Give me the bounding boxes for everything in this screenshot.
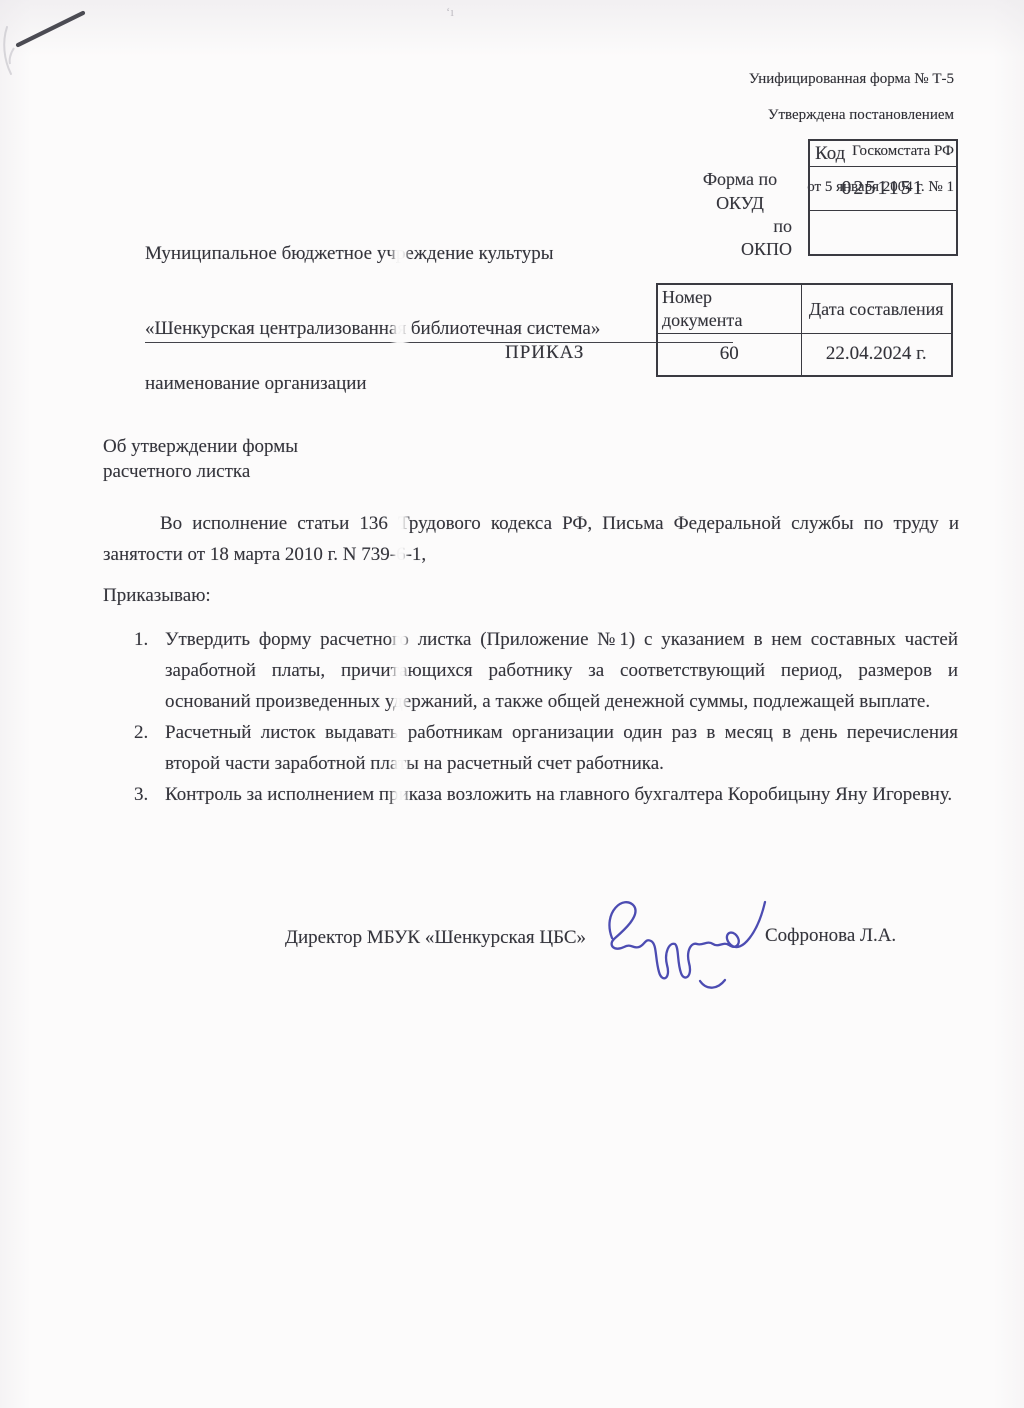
organization-name-line2: «Шенкурская централизованная библиотечна…: [145, 318, 600, 339]
pen-mark-artifact: [0, 0, 120, 90]
order-subject: Об утверждении формы расчетного листка: [103, 434, 298, 484]
item-text: Утвердить форму расчетного листка (Прило…: [165, 624, 958, 717]
organization-caption: наименование организации: [145, 371, 733, 396]
order-preamble: Во исполнение статьи 136 Трудового кодек…: [103, 508, 959, 570]
item-text: Расчетный листок выдавать работникам орг…: [165, 717, 958, 779]
order-item-2: 2. Расчетный листок выдавать работникам …: [134, 717, 958, 779]
order-item-3: 3. Контроль за исполнением приказа возло…: [134, 779, 958, 810]
form-approval-line: Утверждена постановлением: [749, 106, 954, 124]
order-title: ПРИКАЗ: [505, 342, 584, 364]
signatory-name: Софронова Л.А.: [765, 925, 896, 947]
okpo-code-value: [810, 211, 956, 254]
item-number: 1.: [134, 624, 165, 717]
item-number: 3.: [134, 779, 165, 810]
table-value-row: 60 22.04.2024 г.: [657, 334, 952, 376]
order-items-list: 1. Утвердить форму расчетного листка (Пр…: [134, 624, 958, 810]
handwritten-signature: [572, 882, 772, 997]
doc-number-value-cell: 60: [657, 334, 801, 376]
okud-code-value: 0251151: [810, 167, 956, 211]
okud-label: Форма по ОКУД: [688, 167, 792, 215]
organization-block: Муниципальное бюджетное учреждение культ…: [145, 216, 733, 421]
item-number: 2.: [134, 717, 165, 779]
doc-number-header-cell: Номер документа: [657, 284, 801, 334]
order-number-date-table: Номер документа Дата составления 60 22.0…: [656, 283, 953, 377]
doc-date-value-cell: 22.04.2024 г.: [801, 334, 952, 376]
item-text: Контроль за исполнением приказа возложит…: [165, 779, 958, 810]
doc-date-header-cell: Дата составления: [801, 284, 952, 334]
smudge-artifact: ʻı: [446, 4, 454, 20]
directive-word: Приказываю:: [103, 585, 211, 607]
order-item-1: 1. Утвердить форму расчетного листка (Пр…: [134, 624, 958, 717]
signatory-position: Директор МБУК «Шенкурская ЦБС»: [285, 927, 586, 949]
form-approval-line: Унифицированная форма № Т-5: [749, 70, 954, 88]
table-header-row: Номер документа Дата составления: [657, 284, 952, 334]
code-box-title: Код: [810, 141, 956, 167]
organization-name-line1: Муниципальное бюджетное учреждение культ…: [145, 241, 733, 266]
organization-name-underline: «Шенкурская централизованная библиотечна…: [145, 291, 733, 343]
code-box: Код 0251151: [808, 139, 958, 256]
